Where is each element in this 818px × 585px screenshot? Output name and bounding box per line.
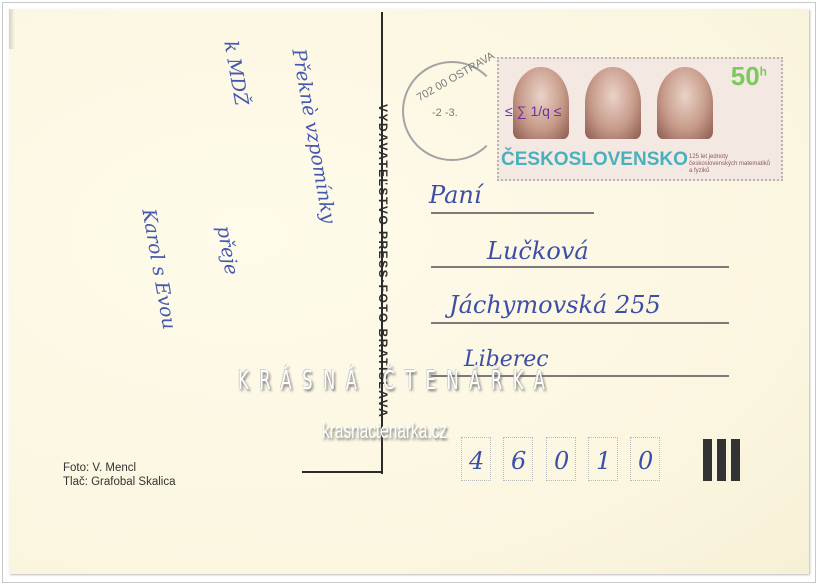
stamp-country: ČESKOSLOVENSKO [501,149,688,171]
zip-digit: 1 [596,447,611,475]
address-line-3: Jáchymovská 255 [449,291,661,319]
message-line: Karol s Evou [137,207,180,331]
zip-digit: 0 [638,447,653,475]
zip-digit: 0 [554,447,569,475]
print-credit: Tlač: Grafobal Skalica [63,475,176,489]
address-rule [431,266,729,268]
zip-digit: 4 [469,447,484,475]
stamp-value: 50h [731,61,767,92]
stamp-formula: ≤ ∑ 1/q ≤ [505,103,561,119]
credits: Foto: V. Mencl Tlač: Grafobal Skalica [63,461,176,489]
portrait-image [585,67,641,139]
postcard-back: Překnè vzpomínky k MDŽ přeje Karol s Evo… [9,9,809,574]
address-rule [431,322,729,324]
watermark-url: krasnactenarka.cz [322,418,447,444]
postage-stamp: ≤ ∑ 1/q ≤ 50h ČESKOSLOVENSKO 125 let jed… [497,57,783,181]
bottom-divider [302,471,383,473]
message-line: k MDŽ [219,39,252,107]
postmark: 702 00 OSTRAVA -2 -3. [402,61,502,161]
message-line: přeje [212,224,242,277]
stamp-caption: 125 let jednoty československých matemat… [689,154,774,175]
photo-credit: Foto: V. Mencl [63,461,176,475]
message-line: Překnè vzpomínky [287,47,339,225]
watermark-title: KRÁSNÁ ČTENÁŘKA [238,366,555,396]
address-rule [431,212,594,214]
portrait-image [657,67,713,139]
zip-digit: 6 [511,447,526,475]
address-line-2: Lučková [487,237,589,265]
address-line-1: Paní [429,181,482,209]
